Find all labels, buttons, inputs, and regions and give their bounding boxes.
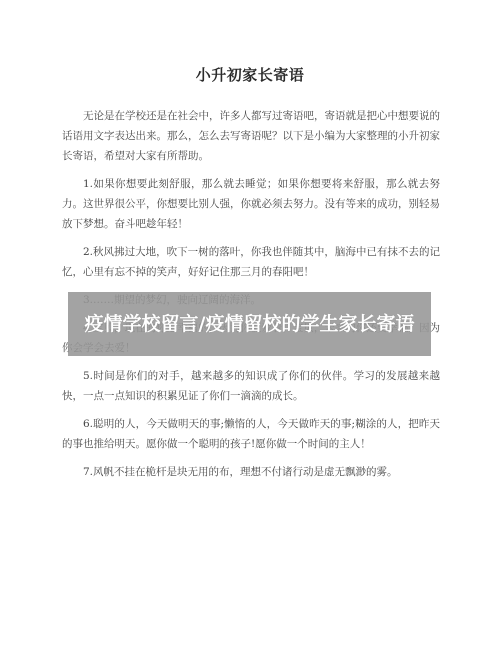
message-paragraph-6: 6.聪明的人，今天做明天的事;懒惰的人，今天做昨天的事;糊涂的人，把昨天的事也推… [62, 414, 440, 454]
message-paragraph-7: 7.风帆不挂在桅杆是块无用的布，理想不付诸行动是虚无飘渺的雾。 [62, 462, 440, 482]
intro-paragraph: 无论是在学校还是在社会中，许多人都写过寄语吧，寄语就是把心中想要说的话语用文字表… [62, 106, 440, 166]
title-overlay-banner: 疫情学校留言/疫情留校的学生家长寄语 [68, 292, 431, 356]
banner-title: 疫情学校留言/疫情留校的学生家长寄语 [79, 312, 421, 336]
message-paragraph-5: 5.时间是你们的对手，越来越多的知识成了你们的伙伴。学习的发展越来越快，一点一点… [62, 366, 440, 406]
message-paragraph-2: 2.秋风拂过大地，吹下一树的落叶，你我也伴随其中，脑海中已有抹不去的记忆，心里有… [62, 242, 440, 282]
document-page: 小升初家长寄语 无论是在学校还是在社会中，许多人都写过寄语吧，寄语就是把心中想要… [0, 0, 500, 647]
document-title: 小升初家长寄语 [0, 64, 500, 85]
message-paragraph-1: 1.如果你想要此刻舒服，那么就去睡觉；如果你想要将来舒服，那么就去努力。这世界很… [62, 174, 440, 234]
